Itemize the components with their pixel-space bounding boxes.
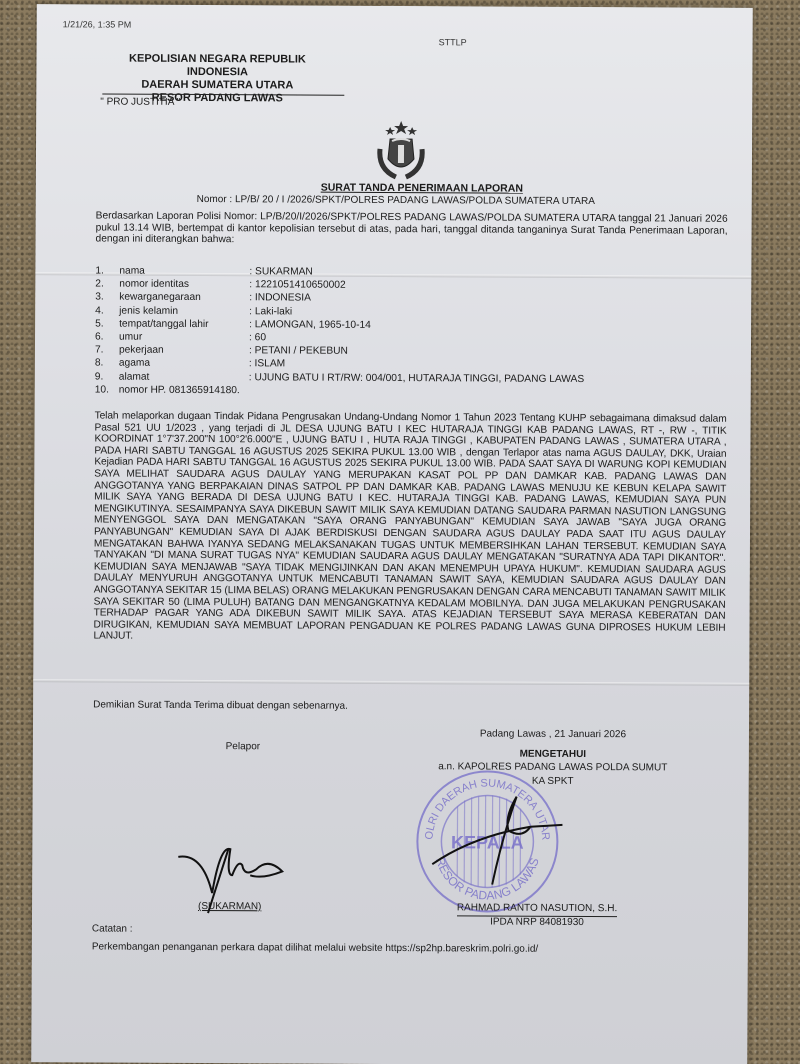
identity-list: 1.nama: SUKARMAN2.nomor identitas: 12210… <box>95 264 585 398</box>
stamp-bottom-text: RESOR PADANG LAWAS <box>433 856 542 903</box>
identity-label: umur <box>119 332 249 344</box>
svg-text:RESOR PADANG LAWAS: RESOR PADANG LAWAS <box>433 856 542 903</box>
header-line: DAERAH SUMATERA UTARA <box>102 78 332 92</box>
pro-justitia-label: " PRO JUSTITIA " <box>100 96 180 107</box>
identity-value: : PETANI / PEKEBUN <box>249 345 348 357</box>
identity-row: 10.nomor HP. 081365914180. <box>95 383 584 399</box>
print-timestamp: 1/21/26, 1:35 PM <box>63 19 132 29</box>
identity-num: 8. <box>95 358 119 369</box>
svg-text:POLRI DAERAH SUMATERA UTARA: POLRI DAERAH SUMATERA UTARA <box>412 766 552 841</box>
identity-value: : INDONESIA <box>249 293 311 304</box>
identity-num: 4. <box>95 305 119 316</box>
identity-label: jenis kelamin <box>119 305 249 317</box>
identity-label: nama <box>119 266 249 278</box>
identity-num: 10. <box>95 384 119 395</box>
document-paper: 1/21/26, 1:35 PM STTLP KEPOLISIAN NEGARA… <box>31 4 753 1064</box>
identity-value: : ISLAM <box>249 359 285 370</box>
reporter-role: Pelapor <box>183 741 303 753</box>
report-body: Telah melaporkan dugaan Tindak Pidana Pe… <box>93 410 726 645</box>
identity-value: : 1221051410650002 <box>249 280 345 292</box>
identity-num: 1. <box>95 266 119 277</box>
identity-value: : Laki-laki <box>249 306 292 317</box>
reporter-name: (SUKARMAN) <box>198 901 261 912</box>
identity-label: kewarganegaraan <box>119 292 249 304</box>
police-emblem-icon <box>366 119 436 181</box>
identity-label: nomor identitas <box>119 279 249 291</box>
identity-num: 3. <box>95 292 119 303</box>
identity-num: 5. <box>95 318 119 329</box>
identity-label: alamat <box>119 371 249 383</box>
form-code: STTLP <box>439 37 467 47</box>
intro-paragraph: Berdasarkan Laporan Polisi Nomor: LP/B/2… <box>96 210 728 248</box>
notes-section: Catatan : Perkembangan penanganan perkar… <box>92 920 539 958</box>
notes-text: Perkembangan penanganan perkara dapat di… <box>92 938 538 958</box>
identity-label: agama <box>119 358 249 370</box>
identity-value: : SUKARMAN <box>249 266 312 277</box>
notes-label: Catatan : <box>92 920 538 940</box>
identity-num: 2. <box>95 279 119 290</box>
identity-label: tempat/tanggal lahir <box>119 318 249 330</box>
stamp-top-text: POLRI DAERAH SUMATERA UTARA <box>412 766 552 841</box>
header-line: KEPOLISIAN NEGARA REPUBLIK INDONESIA <box>102 52 332 79</box>
official-stamp-icon: POLRI DAERAH SUMATERA UTARA KEPALA RESOR… <box>412 766 563 917</box>
document-title: SURAT TANDA PENERIMAAN LAPORAN <box>272 181 572 195</box>
identity-label: nomor HP. 081365914180. <box>119 384 249 396</box>
identity-num: 7. <box>95 345 119 356</box>
identity-value: : UJUNG BATU I RT/RW: 004/001, HUTARAJA … <box>249 372 584 385</box>
identity-label: pekerjaan <box>119 345 249 357</box>
closing-statement: Demikian Surat Tanda Terima dibuat denga… <box>93 699 348 711</box>
identity-value: : 60 <box>249 332 266 343</box>
stamp-center-text: KEPALA <box>451 832 524 852</box>
identity-num: 9. <box>95 371 119 382</box>
report-number: Nomor : LP/B/ 20 / I /2026/SPKT/POLRES P… <box>186 194 606 207</box>
paper-crease <box>33 679 749 686</box>
identity-value: : LAMONGAN, 1965-10-14 <box>249 319 371 331</box>
officer-name: RAHMAD RANTO NASUTION, S.H. <box>457 902 617 917</box>
identity-num: 6. <box>95 331 119 342</box>
